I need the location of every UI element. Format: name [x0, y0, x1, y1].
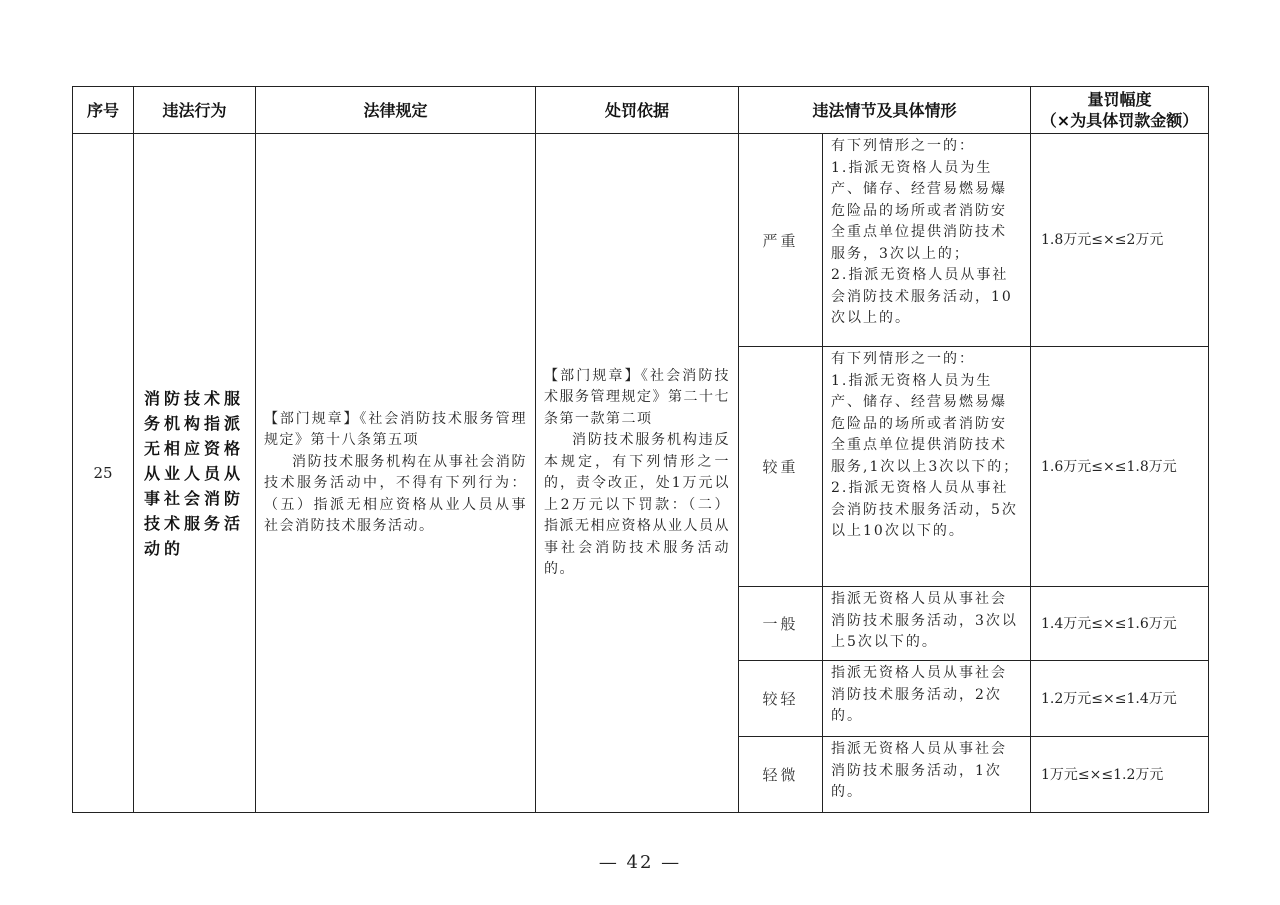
legal-provision-text: 消防技术服务机构在从事社会消防技术服务活动中，不得有下列行为：（五）指派无相应资… — [264, 452, 527, 538]
circumstance-detail: 有下列情形之一的： 1.指派无资格人员为生产、储存、经营易燃易爆危险品的场所或者… — [823, 134, 1031, 347]
header-range: 量罚幅度 （×为具体罚款金额） — [1031, 87, 1209, 134]
header-range-note: （×为具体罚款金额） — [1031, 110, 1208, 131]
penalty-basis: 【部门规章】《社会消防技术服务管理规定》第二十七条第一款第二项 消防技术服务机构… — [536, 134, 739, 813]
fine-range: 1万元≤×≤1.2万元 — [1031, 737, 1209, 813]
detail-line: 有下列情形之一的： — [831, 349, 1022, 371]
legal-provision: 【部门规章】《社会消防技术服务管理规定》第十八条第五项 消防技术服务机构在从事社… — [256, 134, 536, 813]
violation-act: 消防技术服务机构指派无相应资格从业人员从事社会消防技术服务活动的 — [134, 134, 256, 813]
fine-range: 1.4万元≤×≤1.6万元 — [1031, 587, 1209, 661]
fine-range: 1.8万元≤×≤2万元 — [1031, 134, 1209, 347]
detail-line: 2.指派无资格人员从事社会消防技术服务活动，5次以上10次以下的。 — [831, 478, 1022, 543]
detail-line: 1.指派无资格人员为生产、储存、经营易燃易爆危险品的场所或者消防安全重点单位提供… — [831, 158, 1022, 266]
severity-level: 轻微 — [739, 737, 823, 813]
header-row: 序号 违法行为 法律规定 处罚依据 违法情节及具体情形 量罚幅度 （×为具体罚款… — [73, 87, 1209, 134]
header-range-title: 量罚幅度 — [1031, 89, 1208, 110]
page-number: — 42 — — [0, 852, 1280, 873]
penalty-basis-source: 【部门规章】《社会消防技术服务管理规定》第二十七条第一款第二项 — [544, 366, 730, 431]
header-basis: 处罚依据 — [536, 87, 739, 134]
detail-line: 有下列情形之一的： — [831, 136, 1022, 158]
severity-level: 较重 — [739, 347, 823, 587]
severity-level: 一般 — [739, 587, 823, 661]
detail-line: 1.指派无资格人员为生产、储存、经营易燃易爆危险品的场所或者消防安全重点单位提供… — [831, 371, 1022, 479]
detail-line: 指派无资格人员从事社会消防技术服务活动，1次的。 — [831, 739, 1022, 804]
circumstance-detail: 指派无资格人员从事社会消防技术服务活动，3次以上5次以下的。 — [823, 587, 1031, 661]
row-number: 25 — [73, 134, 134, 813]
header-act: 违法行为 — [134, 87, 256, 134]
circumstance-detail: 指派无资格人员从事社会消防技术服务活动，1次的。 — [823, 737, 1031, 813]
circumstance-detail: 有下列情形之一的： 1.指派无资格人员为生产、储存、经营易燃易爆危险品的场所或者… — [823, 347, 1031, 587]
detail-line: 指派无资格人员从事社会消防技术服务活动，3次以上5次以下的。 — [831, 589, 1022, 654]
fine-range: 1.6万元≤×≤1.8万元 — [1031, 347, 1209, 587]
fine-range: 1.2万元≤×≤1.4万元 — [1031, 661, 1209, 737]
header-law: 法律规定 — [256, 87, 536, 134]
severity-level: 较轻 — [739, 661, 823, 737]
detail-line: 指派无资格人员从事社会消防技术服务活动，2次的。 — [831, 663, 1022, 728]
header-circumstances: 违法情节及具体情形 — [739, 87, 1031, 134]
severity-level: 严重 — [739, 134, 823, 347]
penalty-basis-text: 消防技术服务机构违反本规定，有下列情形之一的，责令改正，处1万元以上2万元以下罚… — [544, 430, 730, 581]
penalty-table: 序号 违法行为 法律规定 处罚依据 违法情节及具体情形 量罚幅度 （×为具体罚款… — [72, 86, 1209, 813]
legal-provision-source: 【部门规章】《社会消防技术服务管理规定》第十八条第五项 — [264, 409, 527, 452]
circumstance-detail: 指派无资格人员从事社会消防技术服务活动，2次的。 — [823, 661, 1031, 737]
header-no: 序号 — [73, 87, 134, 134]
table-row-level-0: 25 消防技术服务机构指派无相应资格从业人员从事社会消防技术服务活动的 【部门规… — [73, 134, 1209, 347]
detail-line: 2.指派无资格人员从事社会消防技术服务活动，10次以上的。 — [831, 265, 1022, 330]
